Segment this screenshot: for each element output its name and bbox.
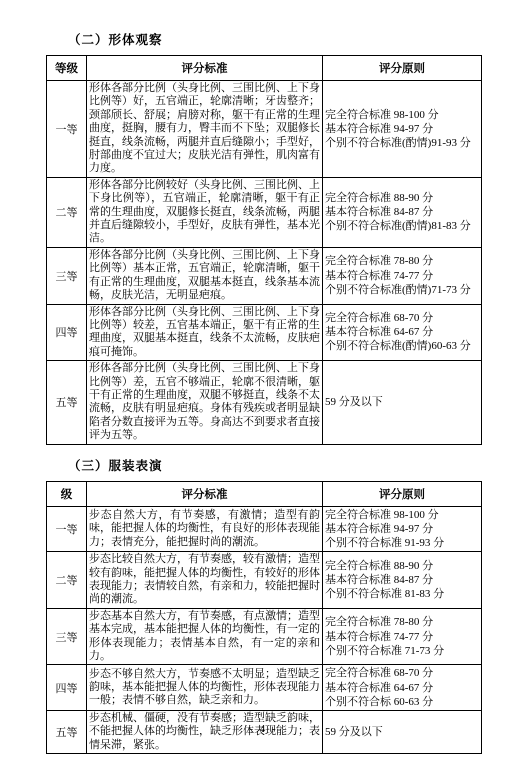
physique-observation-table: 等级 评分标准 评分原则 一等 形体各部分比例（头身比例、三围比例、上下身比例等… (46, 55, 482, 445)
principle-text: 完全符合标准 98-100 分 基本符合标准 94-97 分 个别不符合标准 9… (323, 506, 482, 552)
principle-text: 完全符合标准 68-70 分 基本符合标准 64-67 分 个别不符合标 60-… (323, 665, 482, 711)
standard-text: 步态不够自然大方，节奏感不太明显；造型缺乏韵味，基本能把握人体的均衡性，形体表现… (87, 665, 323, 711)
table-header-row: 级 评分标准 评分原则 (47, 481, 482, 506)
runway-performance-table: 级 评分标准 评分原则 一等 步态自然大方，有节奏感，有激情；造型有韵味，能把握… (46, 481, 482, 755)
grade-label: 五等 (47, 361, 87, 444)
standard-text: 形体各部分比例（头身比例、三围比例、上下身比例等）较差，五官基本端正，躯干有正常… (87, 304, 323, 361)
table-row: 一等 形体各部分比例（头身比例、三围比例、上下身比例等）好，五官端正，轮廓清晰；… (47, 81, 482, 178)
grade-label: 三等 (47, 608, 87, 665)
column-header-principle: 评分原则 (323, 481, 482, 506)
table-row: 一等 步态自然大方，有节奏感，有激情；造型有韵味，能把握人体的均衡性，有良好的形… (47, 506, 482, 552)
principle-text: 完全符合标准 98-100 分 基本符合标准 94-97 分 个别不符合标准(酌… (323, 81, 482, 178)
principle-text: 完全符合标准 68-70 分 基本符合标准 64-67 分 个别不符合标准(酌情… (323, 304, 482, 361)
section-title-physique: （二）形体观察 (68, 0, 527, 48)
table-row: 四等 形体各部分比例（头身比例、三围比例、上下身比例等）较差，五官基本端正，躯干… (47, 304, 482, 361)
standard-text: 形体各部分比例（头身比例、三围比例、上下身比例等）基本正常，五官端正，轮廓清晰，… (87, 247, 323, 304)
grade-label: 一等 (47, 506, 87, 552)
section-title-runway: （三）服装表演 (68, 456, 527, 474)
column-header-standard: 评分标准 (87, 481, 323, 506)
standard-text: 步态比较自然大方，有节奏感，较有激情；造型较有韵味，能把握人体的均衡性，有较好的… (87, 552, 323, 609)
standard-text: 形体各部分比例（头身比例、三围比例、上下身比例等）差，五官不够端正，轮廓不很清晰… (87, 361, 323, 444)
column-header-principle: 评分原则 (323, 56, 482, 81)
table-row: 二等 形体各部分比例较好（头身比例、三围比例、上下身比例等），五官端正，轮廓清晰… (47, 177, 482, 247)
table-row: 二等 步态比较自然大方，有节奏感，较有激情；造型较有韵味，能把握人体的均衡性，有… (47, 552, 482, 609)
principle-text: 完全符合标准 88-90 分 基本符合标准 84-87 分 个别不符合标准 81… (323, 552, 482, 609)
principle-text: 完全符合标准 78-80 分 基本符合标准 74-77 分 个别不符合标准 71… (323, 608, 482, 665)
table-header-row: 等级 评分标准 评分原则 (47, 56, 482, 81)
column-header-grade: 级 (47, 481, 87, 506)
grade-label: 四等 (47, 304, 87, 361)
column-header-standard: 评分标准 (87, 56, 323, 81)
principle-text: 完全符合标准 78-80 分 基本符合标准 74-77 分 个别不符合标准(酌情… (323, 247, 482, 304)
standard-text: 形体各部分比例较好（头身比例、三围比例、上下身比例等），五官端正，轮廓清晰，躯干… (87, 177, 323, 247)
column-header-grade: 等级 (47, 56, 87, 81)
standard-text: 步态基本自然大方，有节奏感，有点激情；造型基本完成，基本能把握人体的均衡性，有一… (87, 608, 323, 665)
table-row: 三等 形体各部分比例（头身比例、三围比例、上下身比例等）基本正常，五官端正，轮廓… (47, 247, 482, 304)
grade-label: 四等 (47, 665, 87, 711)
principle-text: 完全符合标准 88-90 分 基本符合标准 84-87 分 个别不符合标准(酌情… (323, 177, 482, 247)
principle-text: 59 分及以下 (323, 361, 482, 444)
document-page: （二）形体观察 等级 评分标准 评分原则 一等 形体各部分比例（头身比例、三围比… (0, 0, 527, 761)
page-number: - 4 - (0, 723, 527, 735)
standard-text: 步态自然大方，有节奏感，有激情；造型有韵味，能把握人体的均衡性，有良好的形体表现… (87, 506, 323, 552)
grade-label: 二等 (47, 177, 87, 247)
grade-label: 二等 (47, 552, 87, 609)
grade-label: 三等 (47, 247, 87, 304)
table-row: 四等 步态不够自然大方，节奏感不太明显；造型缺乏韵味，基本能把握人体的均衡性，形… (47, 665, 482, 711)
standard-text: 形体各部分比例（头身比例、三围比例、上下身比例等）好，五官端正，轮廓清晰；牙齿整… (87, 81, 323, 178)
grade-label: 一等 (47, 81, 87, 178)
table-row: 五等 形体各部分比例（头身比例、三围比例、上下身比例等）差，五官不够端正，轮廓不… (47, 361, 482, 444)
table-row: 三等 步态基本自然大方，有节奏感，有点激情；造型基本完成，基本能把握人体的均衡性… (47, 608, 482, 665)
